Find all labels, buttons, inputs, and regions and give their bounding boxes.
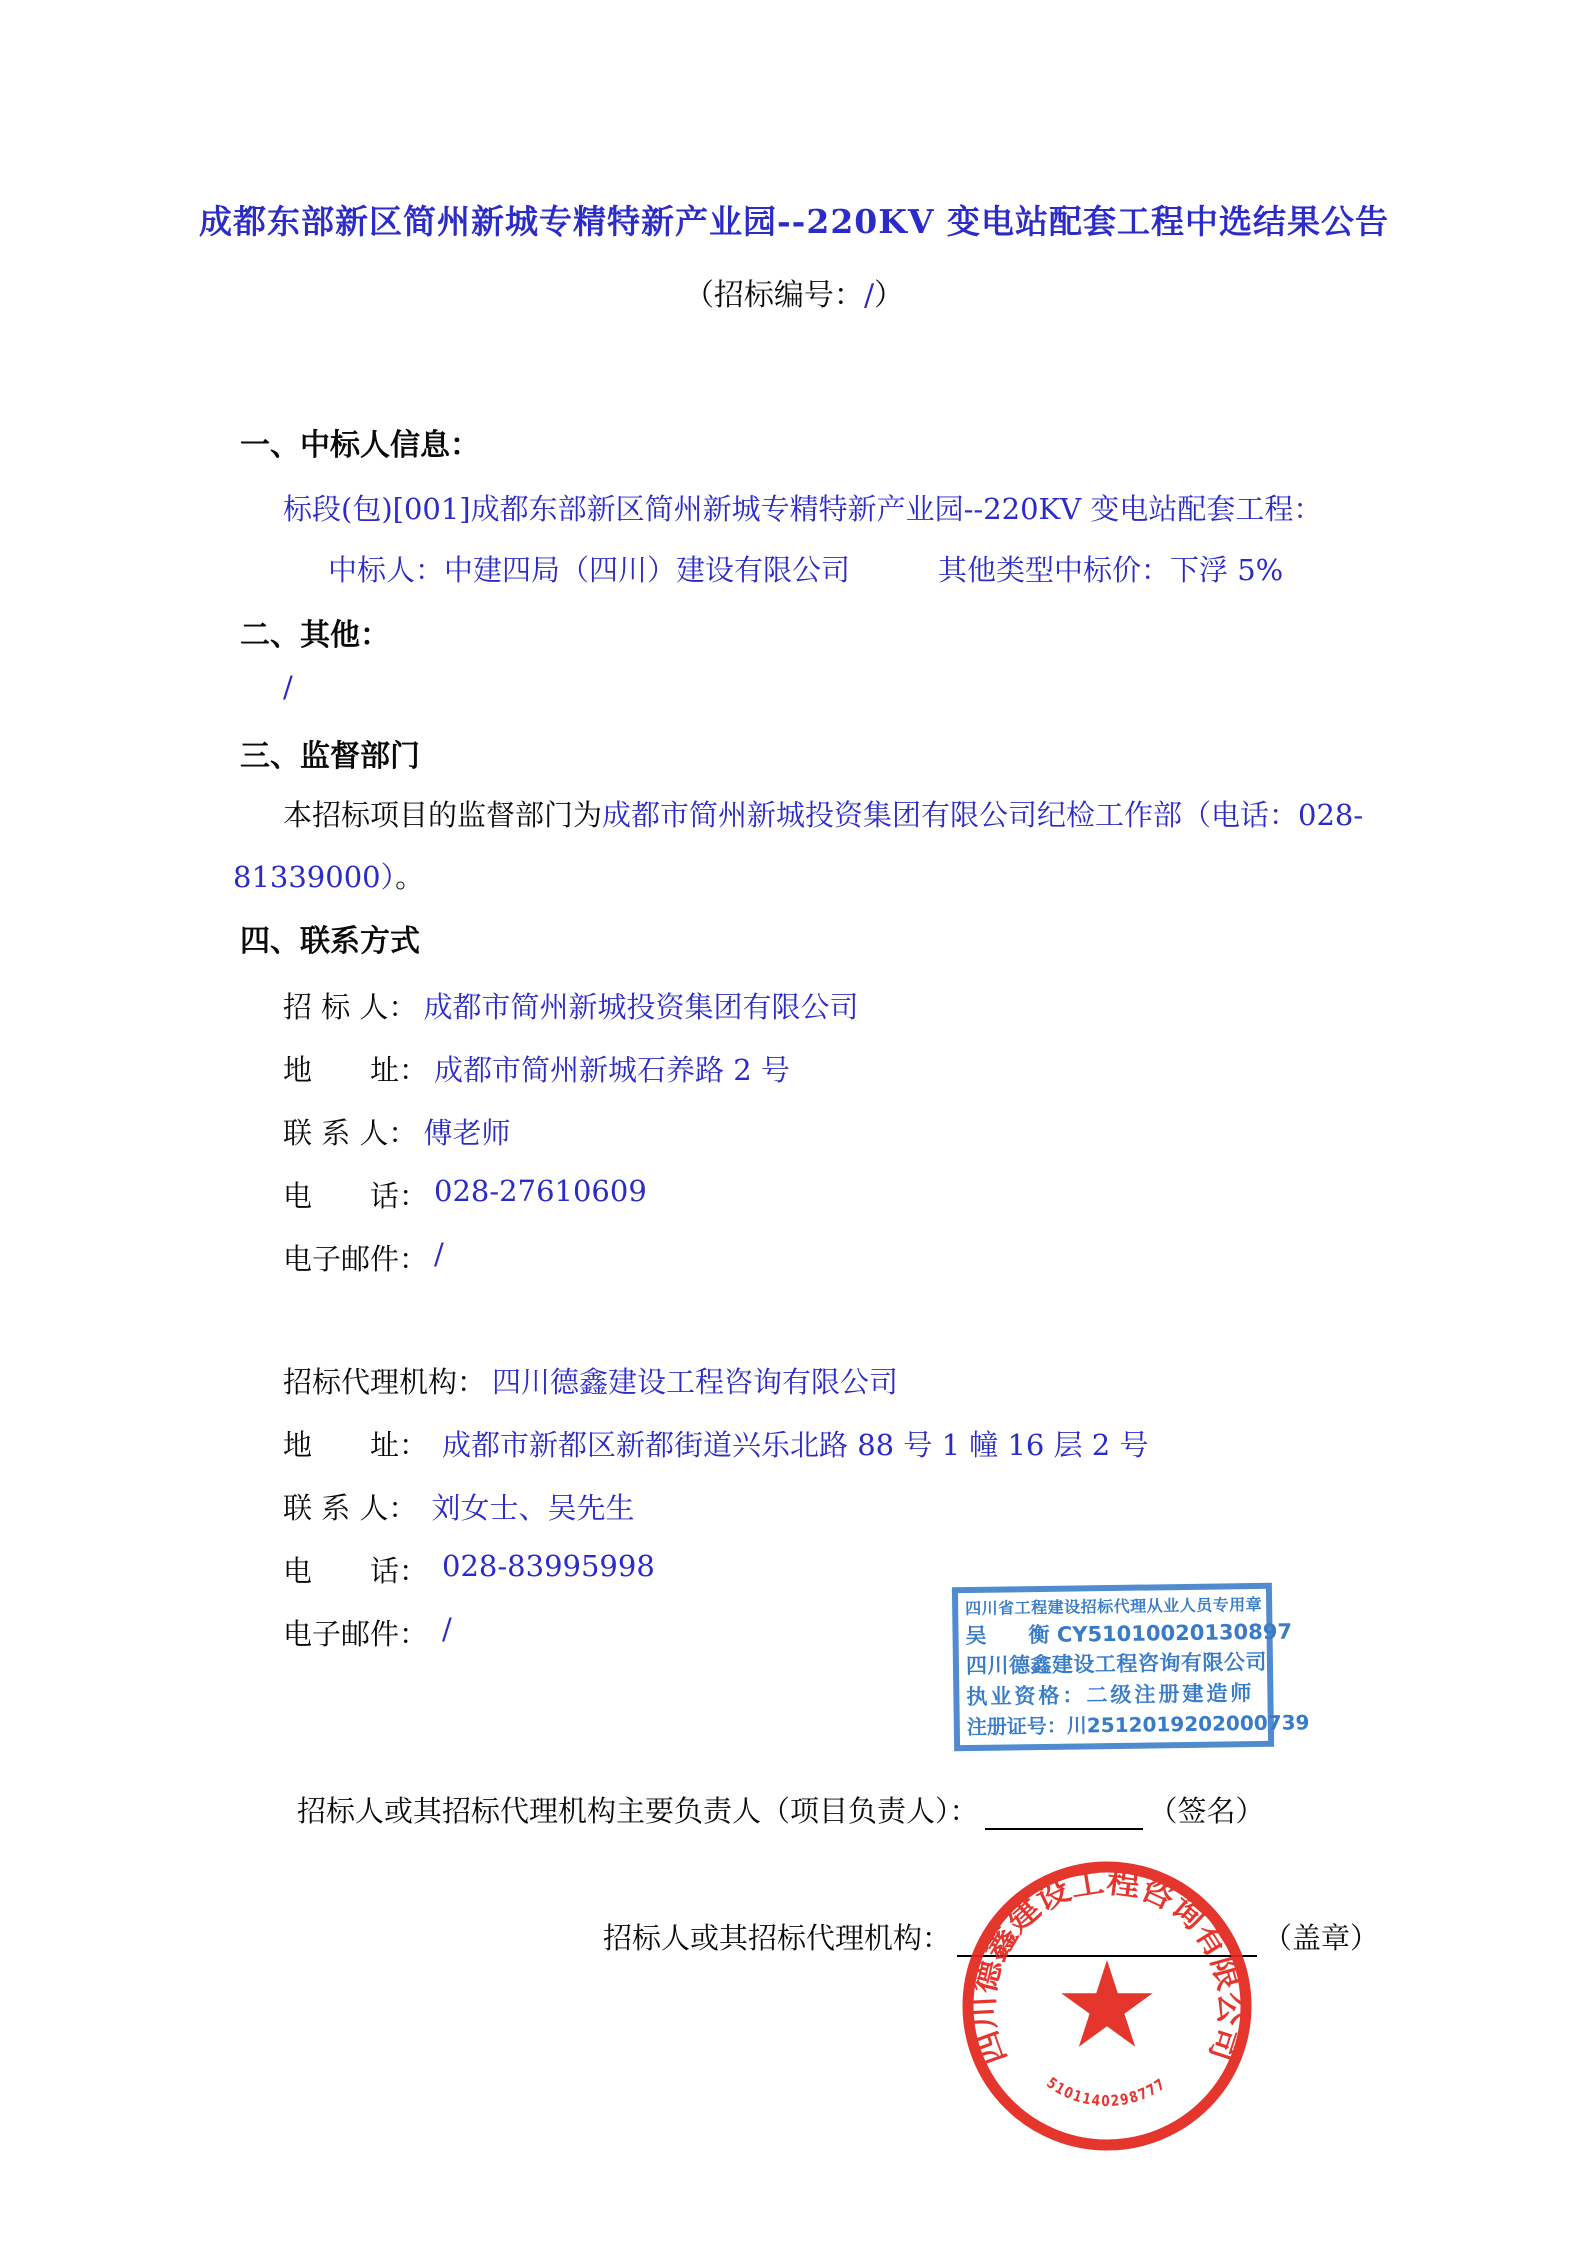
contact-row: 地 址：成都市简州新城石养路 2 号 (283, 1048, 790, 1089)
contact-label: 电 话： (283, 1549, 428, 1590)
section-1-heading: 一、中标人信息： (240, 420, 480, 464)
contact-value: 四川德鑫建设工程咨询有限公司 (492, 1360, 898, 1401)
org-seal-suffix: （盖章） (1263, 1916, 1379, 1957)
price-value: 其他类型中标价：下浮 5% (938, 553, 1283, 587)
contact-label: 电 话： (283, 1174, 428, 1215)
svg-text:5101140298777: 5101140298777 (1043, 2074, 1169, 2110)
contact-label: 招标代理机构： (283, 1360, 486, 1401)
contact-row: 招标代理机构：四川德鑫建设工程咨询有限公司 (283, 1360, 898, 1401)
supervision-line-2: 81339000）。 (233, 855, 424, 896)
contact-label: 地 址： (283, 1423, 428, 1464)
contact-value: 傅老师 (423, 1111, 510, 1152)
contact-value: 刘女士、吴先生 (431, 1486, 634, 1527)
principal-signature-label: 招标人或其招标代理机构主要负责人（项目负责人）： (297, 1789, 979, 1830)
agent-stamp-title: 四川省工程建设招标代理从业人员专用章 (965, 1596, 1259, 1618)
contact-row: 招 标 人：成都市简州新城投资集团有限公司 (283, 985, 858, 1026)
contact-label: 联 系 人： (283, 1486, 417, 1527)
agent-stamp-reg-number: 注册证号：川2512019202000739 (967, 1712, 1261, 1738)
seal-serial-text: 5101140298777 (1043, 2074, 1169, 2110)
principal-signature-suffix: （签名） (1149, 1789, 1265, 1830)
contact-label: 电子邮件： (283, 1237, 428, 1278)
document-page: 成都东部新区简州新城专精特新产业园--220KV 变电站配套工程中选结果公告 （… (0, 0, 1588, 2244)
agent-stamp-company: 四川德鑫建设工程咨询有限公司 (966, 1651, 1260, 1678)
contact-label: 联 系 人： (283, 1111, 417, 1152)
winner-value: 中标人：中建四局（四川）建设有限公司 (328, 553, 850, 587)
tender-number-line: （招标编号：/） (0, 270, 1588, 314)
contact-row: 电 话：028-27610609 (283, 1174, 647, 1215)
contact-value: / (442, 1612, 452, 1653)
contact-label: 电子邮件： (283, 1612, 428, 1653)
lot-line: 标段(包)[001]成都东部新区简州新城专精特新产业园--220KV 变电站配套… (283, 487, 1322, 528)
seal-star-icon (1061, 1960, 1152, 2047)
tender-number-close: ） (874, 278, 904, 313)
contact-row: 联 系 人：傅老师 (283, 1111, 510, 1152)
contact-row: 联 系 人：刘女士、吴先生 (283, 1486, 634, 1527)
contact-label: 地 址： (283, 1048, 428, 1089)
tender-number-value: / (864, 278, 874, 313)
supervision-text-black: 本招标项目的监督部门为 (283, 798, 602, 832)
supervision-period: 。 (395, 860, 424, 894)
contact-row: 电子邮件：/ (283, 1237, 444, 1278)
principal-signature-line: 招标人或其招标代理机构主要负责人（项目负责人）：（签名） (297, 1789, 1265, 1830)
contact-row: 电子邮件：/ (283, 1612, 452, 1653)
contact-label: 招 标 人： (283, 985, 417, 1026)
supervision-text-blue: 成都市简州新城投资集团有限公司纪检工作部（电话：028- (602, 798, 1363, 832)
contact-value: 成都市新都区新都街道兴乐北路 88 号 1 幢 16 层 2 号 (442, 1423, 1148, 1464)
supervision-phone-tail: 81339000） (233, 860, 395, 894)
agent-stamp-person: 吴 衡 CY51010020130897 (965, 1621, 1259, 1648)
agent-personnel-stamp: 四川省工程建设招标代理从业人员专用章 吴 衡 CY51010020130897 … (952, 1583, 1274, 1751)
contact-value: 成都市简州新城投资集团有限公司 (423, 985, 858, 1026)
supervision-line-1: 本招标项目的监督部门为成都市简州新城投资集团有限公司纪检工作部（电话：028- (283, 793, 1363, 834)
tender-number-label: （招标编号： (684, 278, 864, 313)
section-4-heading: 四、联系方式 (240, 916, 420, 960)
org-seal-label: 招标人或其招标代理机构： (603, 1916, 951, 1957)
contact-value: 成都市简州新城石养路 2 号 (434, 1048, 790, 1089)
document-title: 成都东部新区简州新城专精特新产业园--220KV 变电站配套工程中选结果公告 (0, 196, 1588, 243)
contact-value: 028-27610609 (434, 1174, 647, 1215)
contact-value: / (434, 1237, 444, 1278)
section-2-heading: 二、其他： (240, 610, 390, 654)
agent-stamp-qualification: 执业资格：二级注册建造师 (966, 1682, 1260, 1709)
signature-blank (985, 1796, 1143, 1830)
contact-row: 地 址：成都市新都区新都街道兴乐北路 88 号 1 幢 16 层 2 号 (283, 1423, 1148, 1464)
other-value: / (283, 670, 293, 704)
contact-value: 028-83995998 (442, 1549, 655, 1590)
winner-line: 中标人：中建四局（四川）建设有限公司其他类型中标价：下浮 5% (328, 548, 1283, 589)
contact-row: 电 话：028-83995998 (283, 1549, 655, 1590)
company-seal: 四川德鑫建设工程咨询有限公司 5101140298777 (957, 1856, 1257, 2156)
section-3-heading: 三、监督部门 (240, 731, 420, 775)
